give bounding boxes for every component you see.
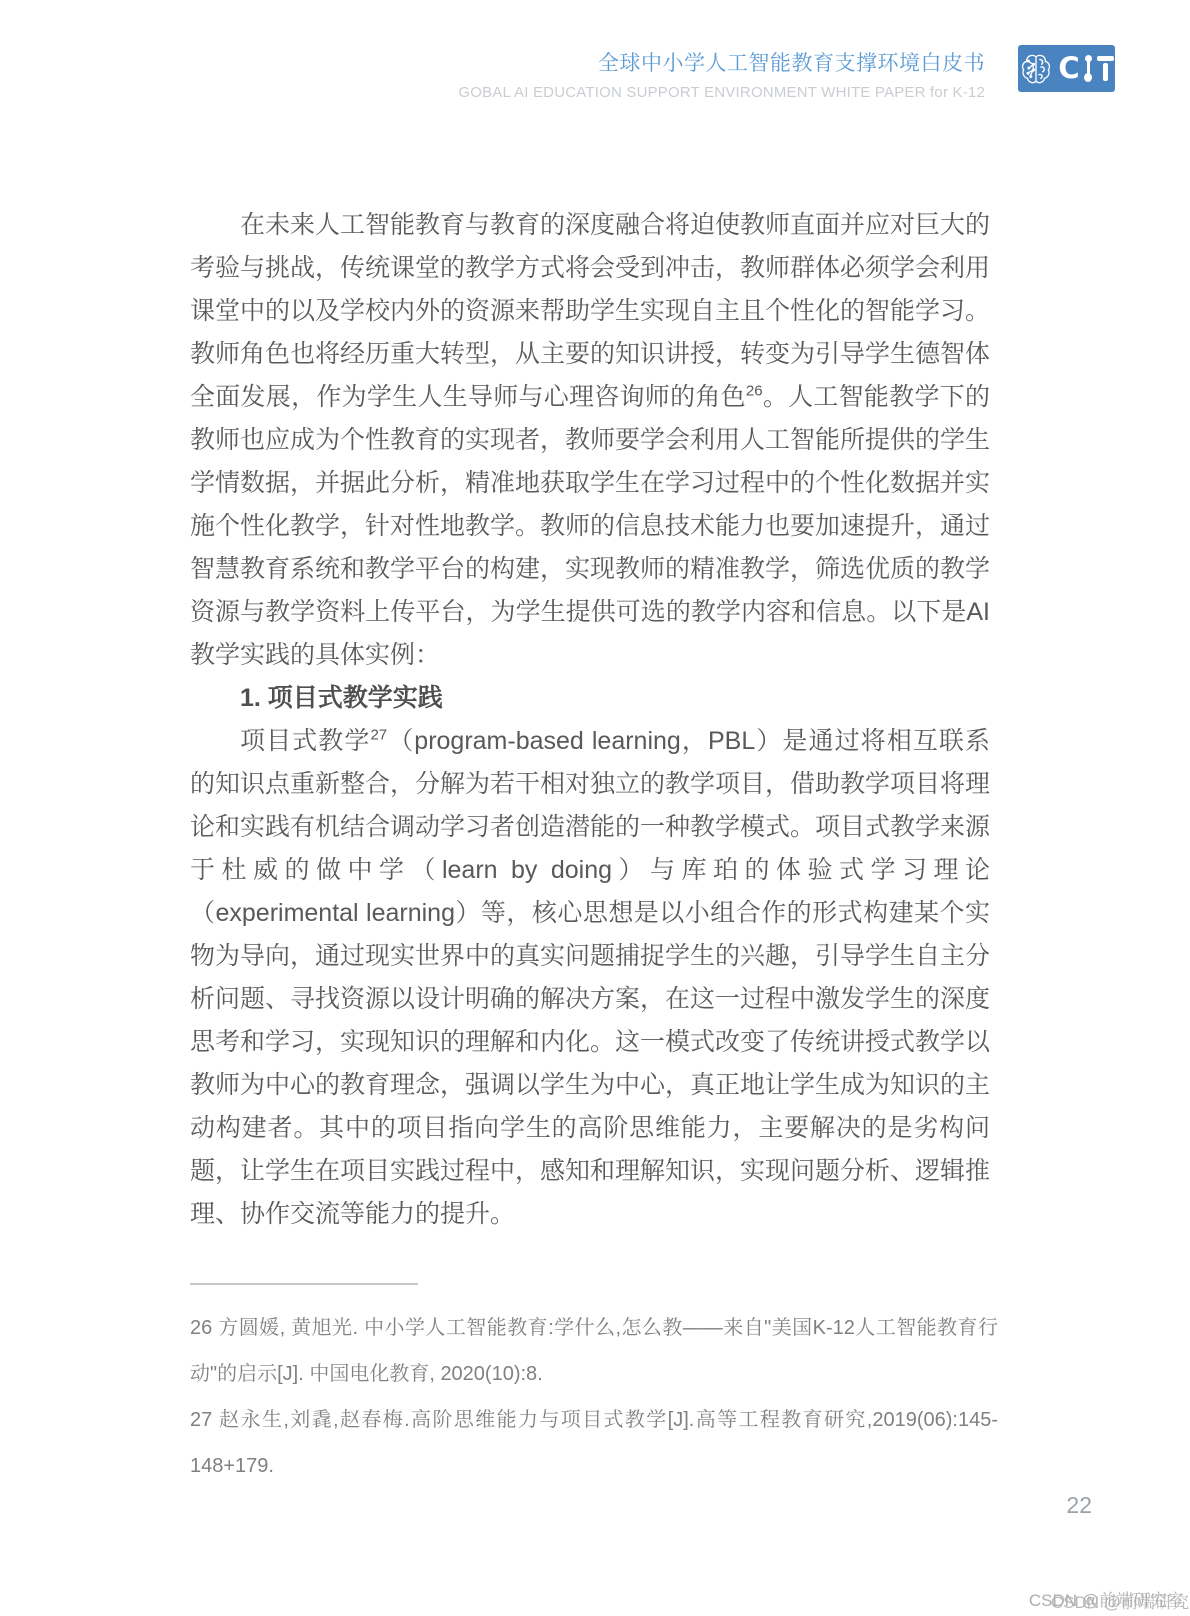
footnotes-section: 26 方圆媛, 黄旭光. 中小学人工智能教育:学什么,怎么教——来自"美国K-1…: [190, 1283, 998, 1489]
logo-letter-t-glyph: [1097, 56, 1114, 81]
paragraph-2-text-continued: （program-based learning，PBL）是通过将相互联系的知识点…: [190, 727, 990, 1228]
csdn-watermark: CSDN @前端研究室 CSDN @前端研究室: [1029, 1586, 1184, 1612]
main-content: 在未来人工智能教育与教育的深度融合将迫使教师直面并应对巨大的考验与挑战，传统课堂…: [190, 204, 990, 1236]
footnote-divider: [190, 1283, 418, 1285]
logo-letter-c: C: [1058, 54, 1079, 83]
paragraph-2-text: 项目式教学: [240, 727, 370, 755]
watermark-layer-2: CSDN @前端研究室: [1051, 1588, 1190, 1613]
document-page: 全球中小学人工智能教育支撑环境白皮书 GOBAL AI EDUCATION SU…: [0, 0, 1190, 1616]
page-header: 全球中小学人工智能教育支撑环境白皮书 GOBAL AI EDUCATION SU…: [0, 45, 1115, 102]
header-subtitle-en: GOBAL AI EDUCATION SUPPORT ENVIRONMENT W…: [458, 84, 985, 102]
header-titles: 全球中小学人工智能教育支撑环境白皮书 GOBAL AI EDUCATION SU…: [458, 45, 985, 102]
header-title-zh: 全球中小学人工智能教育支撑环境白皮书: [458, 51, 985, 77]
footnote-ref-27: 27: [370, 727, 387, 744]
section-heading: 1. 项目式教学实践: [190, 677, 990, 720]
logo-exclamation-glyph: [1085, 56, 1092, 81]
footnote-27: 27 赵永生,刘毳,赵春梅.高阶思维能力与项目式教学[J].高等工程教育研究,2…: [190, 1397, 998, 1489]
cit-logo: C: [1018, 45, 1115, 92]
footnote-26: 26 方圆媛, 黄旭光. 中小学人工智能教育:学什么,怎么教——来自"美国K-1…: [190, 1305, 998, 1397]
page-number: 22: [1066, 1492, 1092, 1519]
paragraph-1: 在未来人工智能教育与教育的深度融合将迫使教师直面并应对巨大的考验与挑战，传统课堂…: [190, 204, 990, 677]
paragraph-1-text: 在未来人工智能教育与教育的深度融合将迫使教师直面并应对巨大的考验与挑战，传统课堂…: [190, 211, 990, 411]
brain-circuit-icon: [1019, 52, 1053, 86]
paragraph-2: 项目式教学27（program-based learning，PBL）是通过将相…: [190, 720, 990, 1236]
footnote-ref-26: 26: [746, 383, 763, 400]
paragraph-1-text-continued: 。人工智能教学下的教师也应成为个性教育的实现者，教师要学会利用人工智能所提供的学…: [190, 383, 990, 669]
